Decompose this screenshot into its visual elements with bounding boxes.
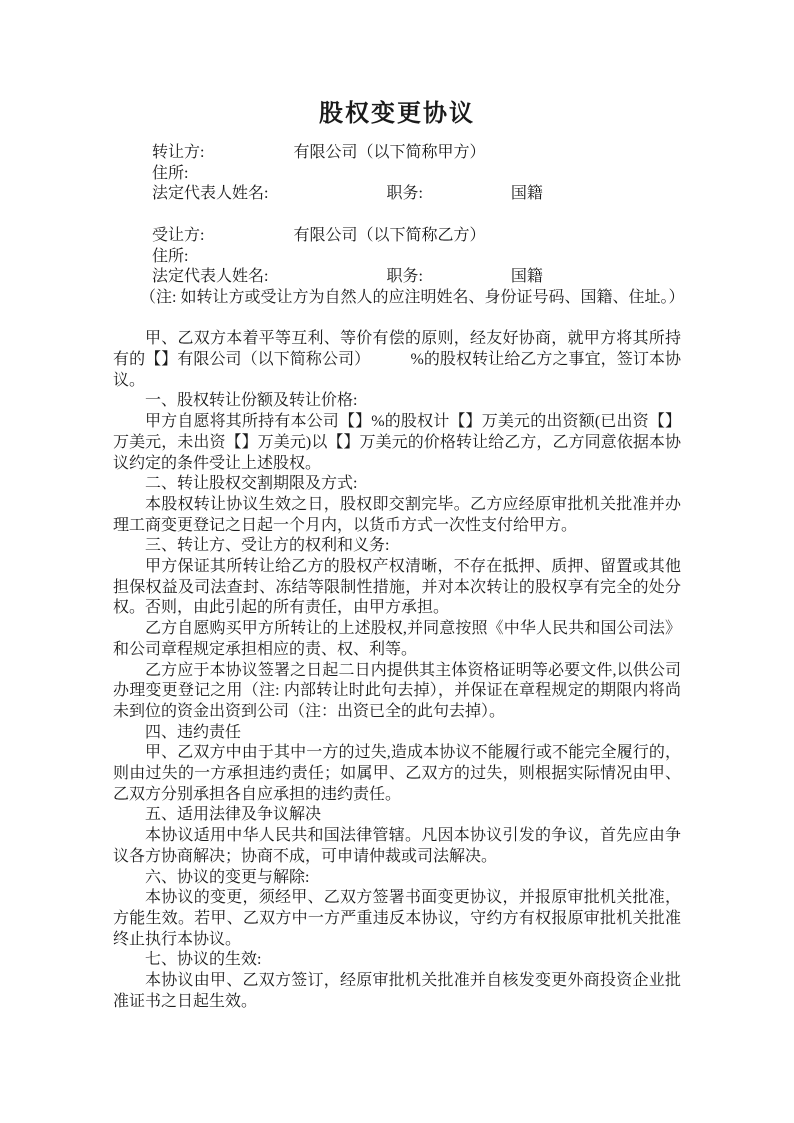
party-a-address-label: 住所: xyxy=(152,165,188,182)
paragraph: 本协议的变更，须经甲、乙双方签署书面变更协议，并报原审批机关批准，方能生效。若甲… xyxy=(113,888,681,950)
party-b-role-line: 受让方:有限公司（以下简称乙方） xyxy=(113,226,681,247)
section-3-heading: 三、转让方、受让方的权利和义务: xyxy=(113,536,681,557)
section-4-heading: 四、违约责任 xyxy=(113,723,681,744)
party-b-company: 有限公司（以下简称乙方） xyxy=(293,227,485,244)
party-a-position-label: 职务: xyxy=(386,185,422,202)
paragraph: 本协议适用中华人民共和国法律管辖。凡因本协议引发的争议，首先应由争议各方协商解决… xyxy=(113,826,681,867)
party-a-role-line: 转让方:有限公司（以下简称甲方） xyxy=(113,143,681,164)
party-b-position-blank xyxy=(423,280,511,281)
party-b-nationality-label: 国籍 xyxy=(511,268,543,285)
section-5-heading: 五、适用法律及争议解决 xyxy=(113,805,681,826)
party-a-nationality-label: 国籍 xyxy=(511,185,543,202)
paragraph: 甲方保证其所转让给乙方的股权产权清晰，不存在抵押、质押、留置或其他担保权益及司法… xyxy=(113,557,681,619)
paragraph: 甲、乙双方中由于其中一方的过失,造成本协议不能履行或不能完全履行的，则由过失的一… xyxy=(113,743,681,805)
party-a-position-blank xyxy=(423,197,511,198)
party-b-address-line: 住所: xyxy=(113,247,681,268)
party-a-rep-label: 法定代表人姓名: xyxy=(152,185,268,202)
party-b-block: 受让方:有限公司（以下简称乙方） 住所: 法定代表人姓名:职务:国籍 （注: 如… xyxy=(113,226,681,309)
paragraph: 乙方应于本协议签署之日起二日内提供其主体资格证明等必要文件,以供公司办理变更登记… xyxy=(113,661,681,723)
paragraph: 本股权转让协议生效之日，股权即交割完毕。乙方应经原审批机关批准并办理工商变更登记… xyxy=(113,495,681,536)
party-a-block: 转让方:有限公司（以下简称甲方） 住所: 法定代表人姓名:职务:国籍 xyxy=(113,143,681,205)
party-b-position-label: 职务: xyxy=(386,268,422,285)
paragraph: 乙方自愿购买甲方所转让的上述股权,并同意按照《中华人民共和国公司法》和公司章程规… xyxy=(113,619,681,660)
spacer xyxy=(113,309,681,330)
section-7-heading: 七、协议的生效: xyxy=(113,950,681,971)
section-2-heading: 二、转让股权交割期限及方式: xyxy=(113,474,681,495)
paragraph: 本协议由甲、乙双方签订，经原审批机关批准并自核发变更外商投资企业批准证书之日起生… xyxy=(113,971,681,1012)
agreement-body: 甲、乙双方本着平等互利、等价有偿的原则，经友好协商，就甲方将其所持有的【】有限公… xyxy=(113,329,681,1012)
party-a-name-blank xyxy=(204,156,293,157)
party-a-address-line: 住所: xyxy=(113,164,681,185)
party-a-rep-line: 法定代表人姓名:职务:国籍 xyxy=(113,184,681,205)
section-6-heading: 六、协议的变更与解除: xyxy=(113,868,681,889)
intro-paragraph: 甲、乙双方本着平等互利、等价有偿的原则，经友好协商，就甲方将其所持有的【】有限公… xyxy=(113,329,681,391)
natural-person-note: （注: 如转让方或受让方为自然人的应注明姓名、身份证号码、国籍、住址。） xyxy=(113,288,681,309)
party-a-company: 有限公司（以下简称甲方） xyxy=(293,144,485,161)
document-content: 股权变更协议 转让方:有限公司（以下简称甲方） 住所: 法定代表人姓名:职务:国… xyxy=(0,0,794,1013)
document-title: 股权变更协议 xyxy=(113,99,681,129)
document-page: 股权变更协议 转让方:有限公司（以下简称甲方） 住所: 法定代表人姓名:职务:国… xyxy=(0,0,794,1123)
party-b-name-blank xyxy=(204,239,293,240)
party-a-role-label: 转让方: xyxy=(152,144,204,161)
section-1-heading: 一、股权转让份额及转让价格: xyxy=(113,391,681,412)
paragraph: 甲方自愿将其所持有本公司【】%的股权计【】万美元的出资额(已出资【】万美元，未出… xyxy=(113,412,681,474)
party-b-rep-label: 法定代表人姓名: xyxy=(152,268,268,285)
party-a-rep-blank xyxy=(268,197,386,198)
spacer xyxy=(113,205,681,226)
party-b-rep-blank xyxy=(268,280,386,281)
party-b-address-label: 住所: xyxy=(152,248,188,265)
party-b-rep-line: 法定代表人姓名:职务:国籍 xyxy=(113,267,681,288)
party-b-role-label: 受让方: xyxy=(152,227,204,244)
